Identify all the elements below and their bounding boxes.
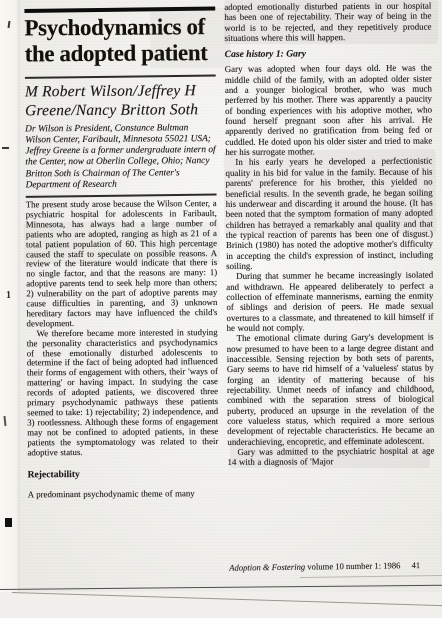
article-title: Psychodynamics of the adopted patient xyxy=(24,14,215,67)
author-affiliation: Dr Wilson is President, Constance Bultma… xyxy=(25,123,216,192)
scan-artifact-numeral: 1 xyxy=(6,290,16,301)
case-paragraph-2: In his early years he developed a perfec… xyxy=(225,156,433,271)
page-number: 41 xyxy=(411,560,420,570)
journal-title: Adoption & Fostering xyxy=(229,562,305,573)
left-column: Psychodynamics of the adopted patient M … xyxy=(24,5,219,591)
title-top-rule xyxy=(24,6,215,12)
journal-footer: Adoption & Fostering volume 10 number 1:… xyxy=(229,560,439,573)
authors-byline: M Robert Wilson/Jeffrey H Greene/Nancy B… xyxy=(25,81,216,120)
right-column: adopted emotionally disturbed patients i… xyxy=(224,1,435,558)
scanner-background xyxy=(0,592,442,618)
case-history-heading: Case history 1: Gary xyxy=(225,48,432,60)
case-paragraph-1: Gary was adopted when four days old. He … xyxy=(225,63,433,158)
scanned-page: Psychodynamics of the adopted patient M … xyxy=(0,0,442,618)
scan-artifact-mark xyxy=(5,518,12,527)
section-opening-line: A predominant psychodynamic theme of man… xyxy=(28,489,219,500)
rejectability-continuation: adopted emotionally disturbed patients i… xyxy=(224,1,431,44)
scan-artifact-mark xyxy=(2,147,9,149)
abstract-paragraph-2: We therefore became more interested in s… xyxy=(27,328,219,458)
case-paragraph-4: The emotional climate during Gary's deve… xyxy=(227,332,435,447)
article-title-line2: the adopted patient xyxy=(25,40,216,67)
page-content: Psychodynamics of the adopted patient M … xyxy=(0,0,442,618)
journal-issue: volume 10 number 1: 1986 xyxy=(307,560,400,571)
authors-top-rule xyxy=(25,75,216,79)
article-title-line1: Psychodynamics of xyxy=(24,14,215,41)
section-heading-rejectability: Rejectability xyxy=(28,468,219,480)
case-paragraph-5: Gary was admitted to the psychiatric hos… xyxy=(227,446,434,468)
case-paragraph-3: During that summer he became increasingl… xyxy=(226,270,433,334)
abstract-paragraph-1: The present study arose because the Wils… xyxy=(26,199,218,329)
